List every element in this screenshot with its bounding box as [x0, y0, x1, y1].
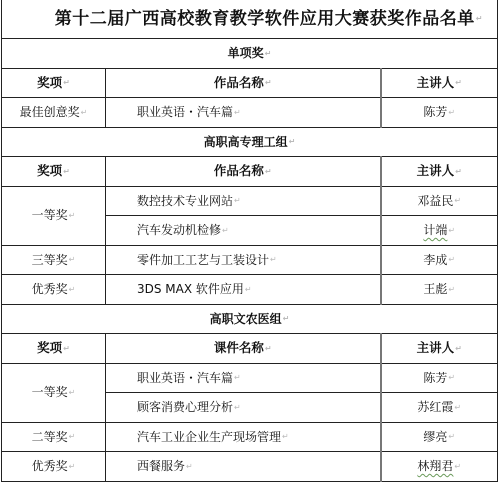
paragraph-mark-icon: ↵ — [63, 167, 70, 176]
work-cell: 零件加工工艺与工装设计↵ — [106, 245, 381, 275]
header-text: 主讲人 — [417, 75, 455, 90]
work-cell: 西餐服务↵ — [106, 452, 381, 476]
header-text: 奖项 — [37, 340, 62, 355]
paragraph-mark-icon: ↵ — [265, 78, 272, 87]
presenter-cell: 陈芳↵ — [381, 363, 498, 393]
paragraph-mark-icon: ↵ — [63, 78, 70, 87]
paragraph-mark-icon: ↵ — [245, 285, 252, 294]
paragraph-mark-icon: ↵ — [234, 196, 241, 205]
work-cell: 职业英语・汽车篇↵ — [106, 98, 381, 128]
award-cell: 一等奖↵ — [2, 363, 106, 422]
table-row: 一等奖↵ 数控技术专业网站↵ 邓益民↵ — [2, 186, 498, 216]
presenter-cell: 缪亮↵ — [381, 422, 498, 452]
column-header-award: 奖项↵ — [2, 157, 106, 187]
section-heading-vocational-engineering: 高职高专理工组↵ — [2, 127, 498, 157]
section-heading-single-award: 单项奖↵ — [2, 39, 498, 69]
paragraph-mark-icon: ↵ — [448, 108, 455, 117]
paragraph-mark-icon: ↵ — [448, 226, 455, 235]
award-text: 最佳创意奖 — [20, 105, 80, 119]
presenter-cell: 计端↵ — [381, 216, 498, 246]
paragraph-mark-icon: ↵ — [448, 432, 455, 441]
column-header-courseware: 课件名称↵ — [106, 334, 381, 364]
header-text: 奖项 — [37, 163, 62, 178]
header-text: 课件名称 — [214, 340, 264, 355]
work-text: 汽车发动机检修 — [137, 223, 221, 237]
paragraph-mark-icon: ↵ — [234, 403, 241, 412]
paragraph-mark-icon: ↵ — [454, 196, 461, 205]
presenter-cell: 王彪↵ — [381, 275, 498, 305]
award-text: 优秀奖 — [32, 459, 68, 473]
presenter-cell: 林翔君↵ — [381, 452, 498, 476]
award-cell: 二等奖↵ — [2, 422, 106, 452]
award-cell: 一等奖↵ — [2, 186, 106, 245]
work-text: 职业英语・汽车篇 — [137, 371, 233, 385]
table-row: 优秀奖↵ 3DS MAX 软件应用↵ 王彪↵ — [2, 275, 498, 305]
section-heading-text: 高职高专理工组 — [204, 135, 288, 149]
presenter-text: 李成 — [423, 253, 447, 267]
award-text: 三等奖 — [32, 253, 68, 267]
award-list-document: 第十二届广西高校教育教学软件应用大赛获奖作品名单↵ 单项奖↵ 奖项↵ 作品名称↵… — [1, 0, 497, 475]
header-text: 奖项 — [37, 75, 62, 90]
presenter-cell: 苏红霞↵ — [381, 393, 498, 423]
award-text: 二等奖 — [32, 430, 68, 444]
paragraph-mark-icon: ↵ — [265, 344, 272, 353]
section-heading-vocational-arts-agri-med: 高职文农医组↵ — [2, 304, 498, 334]
paragraph-mark-icon: ↵ — [455, 78, 462, 87]
paragraph-mark-icon: ↵ — [265, 49, 272, 58]
presenter-text: 陈芳 — [423, 105, 447, 119]
section-heading-row: 高职文农医组↵ — [2, 304, 498, 334]
table-row: 最佳创意奖↵ 职业英语・汽车篇↵ 陈芳↵ — [2, 98, 498, 128]
work-text: 零件加工工艺与工装设计 — [137, 253, 269, 267]
work-cell: 顾客消费心理分析↵ — [106, 393, 381, 423]
column-header-presenter: 主讲人↵ — [381, 334, 498, 364]
paragraph-mark-icon: ↵ — [454, 403, 461, 412]
section-heading-row: 单项奖↵ — [2, 39, 498, 69]
header-text: 作品名称 — [214, 75, 264, 90]
work-text: 职业英语・汽车篇 — [137, 105, 233, 119]
award-cell: 优秀奖↵ — [2, 452, 106, 476]
paragraph-mark-icon: ↵ — [448, 255, 455, 264]
column-header-work: 作品名称↵ — [106, 68, 381, 98]
paragraph-mark-icon: ↵ — [69, 285, 76, 294]
work-text: 3DS MAX 软件应用 — [137, 282, 244, 296]
presenter-cell: 邓益民↵ — [381, 186, 498, 216]
work-cell: 汽车工业企业生产现场管理↵ — [106, 422, 381, 452]
table-row: 一等奖↵ 职业英语・汽车篇↵ 陈芳↵ — [2, 363, 498, 393]
work-cell: 数控技术专业网站↵ — [106, 186, 381, 216]
column-header-award: 奖项↵ — [2, 334, 106, 364]
work-text: 数控技术专业网站 — [137, 194, 233, 208]
paragraph-mark-icon: ↵ — [69, 462, 76, 471]
work-text: 西餐服务 — [137, 459, 185, 473]
paragraph-mark-icon: ↵ — [234, 108, 241, 117]
paragraph-mark-icon: ↵ — [448, 285, 455, 294]
document-title-text: 第十二届广西高校教育教学软件应用大赛获奖作品名单 — [55, 9, 475, 29]
paragraph-mark-icon: ↵ — [448, 373, 455, 382]
title-row: 第十二届广西高校教育教学软件应用大赛获奖作品名单↵ — [2, 0, 498, 39]
paragraph-mark-icon: ↵ — [81, 108, 88, 117]
table-row: 二等奖↵ 汽车工业企业生产现场管理↵ 缪亮↵ — [2, 422, 498, 452]
paragraph-mark-icon: ↵ — [222, 226, 229, 235]
award-cell: 最佳创意奖↵ — [2, 98, 106, 128]
award-table: 第十二届广西高校教育教学软件应用大赛获奖作品名单↵ 单项奖↵ 奖项↵ 作品名称↵… — [1, 0, 498, 475]
section-heading-text: 单项奖 — [228, 46, 264, 60]
column-header-presenter: 主讲人↵ — [381, 68, 498, 98]
award-text: 一等奖 — [32, 208, 68, 222]
presenter-text: 王彪 — [423, 282, 447, 296]
work-text: 汽车工业企业生产现场管理 — [137, 430, 281, 444]
award-text: 一等奖 — [32, 385, 68, 399]
paragraph-mark-icon: ↵ — [69, 211, 76, 220]
paragraph-mark-icon: ↵ — [455, 167, 462, 176]
presenter-text: 邓益民 — [417, 194, 453, 208]
award-text: 优秀奖 — [32, 282, 68, 296]
header-text: 作品名称 — [214, 163, 264, 178]
presenter-text: 缪亮 — [423, 430, 447, 444]
paragraph-mark-icon: ↵ — [69, 432, 76, 441]
paragraph-mark-icon: ↵ — [289, 137, 296, 146]
header-text: 主讲人 — [417, 163, 455, 178]
work-cell: 汽车发动机检修↵ — [106, 216, 381, 246]
paragraph-mark-icon: ↵ — [476, 14, 483, 23]
column-header-presenter: 主讲人↵ — [381, 157, 498, 187]
award-cell: 优秀奖↵ — [2, 275, 106, 305]
paragraph-mark-icon: ↵ — [63, 344, 70, 353]
column-header-row: 奖项↵ 作品名称↵ 主讲人↵ — [2, 68, 498, 98]
table-row: 三等奖↵ 零件加工工艺与工装设计↵ 李成↵ — [2, 245, 498, 275]
presenter-text: 陈芳 — [423, 371, 447, 385]
paragraph-mark-icon: ↵ — [234, 373, 241, 382]
paragraph-mark-icon: ↵ — [186, 462, 193, 471]
presenter-text: 苏红霞 — [417, 400, 453, 414]
work-cell: 3DS MAX 软件应用↵ — [106, 275, 381, 305]
column-header-award: 奖项↵ — [2, 68, 106, 98]
paragraph-mark-icon: ↵ — [265, 167, 272, 176]
column-header-work: 作品名称↵ — [106, 157, 381, 187]
section-heading-row: 高职高专理工组↵ — [2, 127, 498, 157]
presenter-text: 计端 — [423, 223, 447, 237]
presenter-cell: 陈芳↵ — [381, 98, 498, 128]
header-text: 主讲人 — [417, 340, 455, 355]
paragraph-mark-icon: ↵ — [69, 388, 76, 397]
presenter-cell: 李成↵ — [381, 245, 498, 275]
paragraph-mark-icon: ↵ — [454, 462, 461, 471]
award-cell: 三等奖↵ — [2, 245, 106, 275]
paragraph-mark-icon: ↵ — [69, 255, 76, 264]
table-row: 优秀奖↵ 西餐服务↵ 林翔君↵ — [2, 452, 498, 476]
presenter-text: 林翔君 — [417, 459, 453, 473]
paragraph-mark-icon: ↵ — [282, 432, 289, 441]
document-title: 第十二届广西高校教育教学软件应用大赛获奖作品名单↵ — [2, 0, 498, 39]
work-text: 顾客消费心理分析 — [137, 400, 233, 414]
work-cell: 职业英语・汽车篇↵ — [106, 363, 381, 393]
column-header-row: 奖项↵ 课件名称↵ 主讲人↵ — [2, 334, 498, 364]
paragraph-mark-icon: ↵ — [270, 255, 277, 264]
paragraph-mark-icon: ↵ — [455, 344, 462, 353]
paragraph-mark-icon: ↵ — [283, 314, 290, 323]
section-heading-text: 高职文农医组 — [210, 312, 282, 326]
column-header-row: 奖项↵ 作品名称↵ 主讲人↵ — [2, 157, 498, 187]
